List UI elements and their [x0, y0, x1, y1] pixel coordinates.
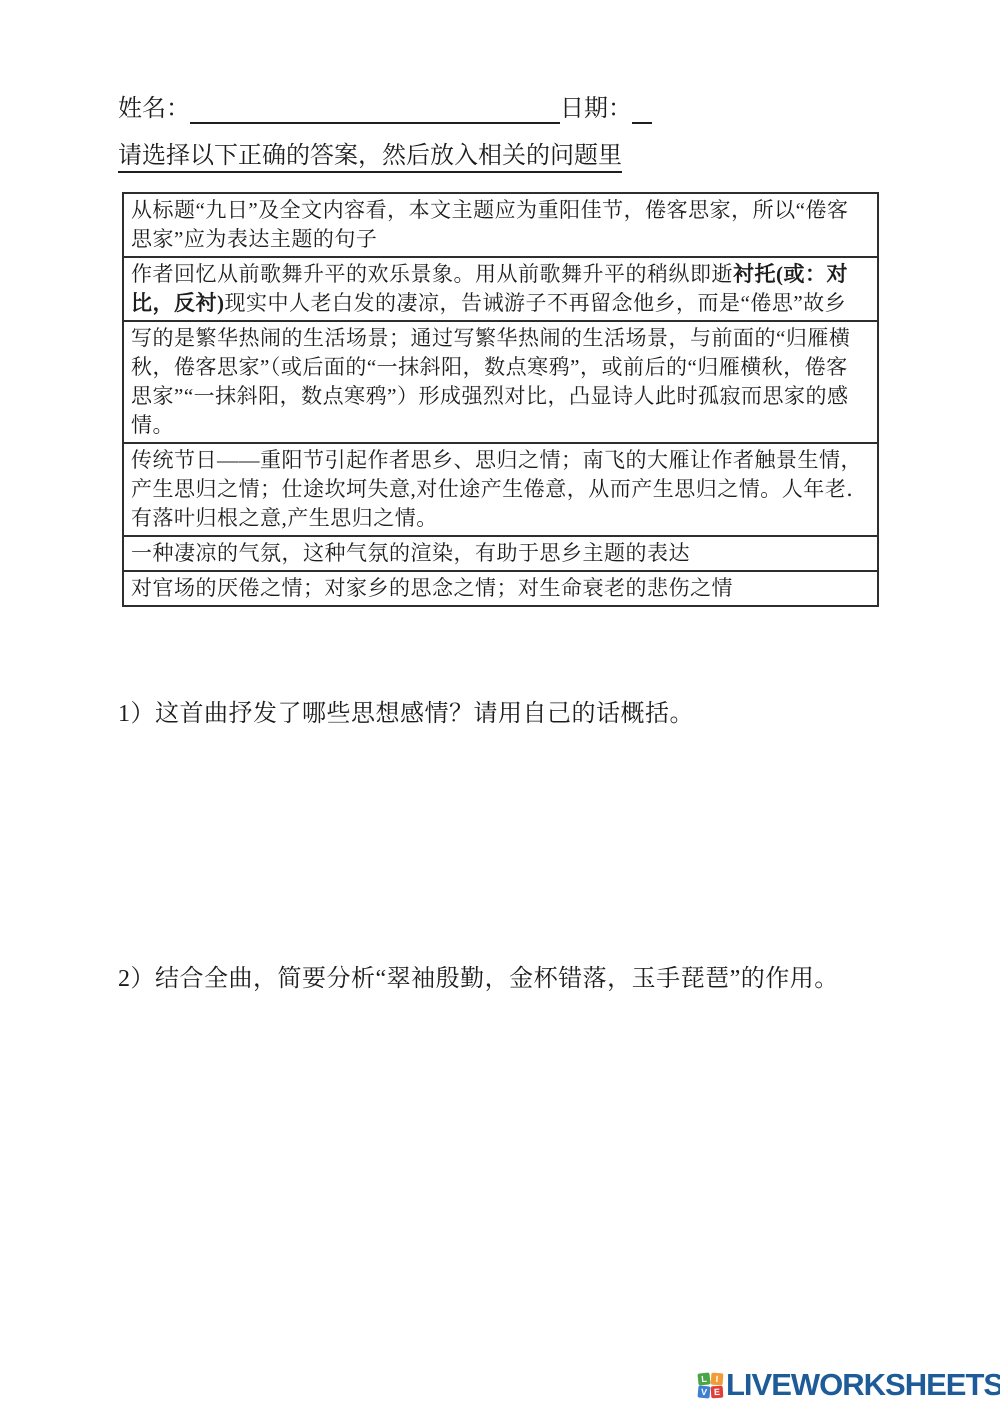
table-row: 作者回忆从前歌舞升平的欢乐景象。用从前歌舞升平的稍纵即逝衬托(或：对比，反衬)现… — [123, 257, 878, 321]
logo-tile-l: L — [697, 1372, 710, 1385]
date-blank-line[interactable] — [632, 96, 652, 124]
logo-tile-i: I — [711, 1372, 724, 1385]
question-2-text: 2）结合全曲，简要分析“翠袖殷勤，金杯错落，玉手琵琶”的作用。 — [118, 964, 839, 994]
instruction: 请选择以下正确的答案，然后放入相关的问题里 — [118, 140, 622, 172]
logo-tiles-icon: L I V E — [698, 1373, 723, 1398]
answer-option-1[interactable]: 从标题“九日”及全文内容看，本文主题应为重阳佳节，倦客思家，所以“倦客思家”应为… — [123, 193, 878, 257]
worksheet-page: 姓名： 日期： 请选择以下正确的答案，然后放入相关的问题里 从标题“九日”及全文… — [0, 0, 1000, 1413]
name-blank-line[interactable] — [190, 96, 560, 124]
answer-option-text: 对官场的厌倦之情；对家乡的思念之情；对生命衰老的悲伤之情 — [131, 576, 733, 600]
answer-option-text: 作者回忆从前歌舞升平的欢乐景象。用从前歌舞升平的稍纵即逝 — [131, 262, 733, 286]
table-row: 写的是繁华热闹的生活场景；通过写繁华热闹的生活场景，与前面的“归雁横秋，倦客思家… — [123, 321, 878, 443]
table-row: 一种凄凉的气氛，这种气氛的渲染，有助于思乡主题的表达 — [123, 536, 878, 571]
answer-option-text: 从标题“九日”及全文内容看，本文主题应为重阳佳节，倦客思家，所以“倦客思家”应为… — [131, 198, 848, 251]
date-label: 日期： — [560, 94, 632, 124]
answer-option-3[interactable]: 写的是繁华热闹的生活场景；通过写繁华热闹的生活场景，与前面的“归雁横秋，倦客思家… — [123, 321, 878, 443]
answer-area-1[interactable] — [118, 740, 880, 950]
table-row: 对官场的厌倦之情；对家乡的思念之情；对生命衰老的悲伤之情 — [123, 571, 878, 606]
answer-option-text: 现实中人老白发的凄凉，告诫游子不再留念他乡，而是“倦思”故乡 — [225, 291, 847, 315]
answer-option-6[interactable]: 对官场的厌倦之情；对家乡的思念之情；对生命衰老的悲伤之情 — [123, 571, 878, 606]
logo-tile-v: V — [697, 1385, 710, 1398]
question-1-text: 1）这首曲抒发了哪些思想感情？请用自己的话概括。 — [118, 699, 694, 729]
logo-tile-e: E — [711, 1385, 724, 1398]
answer-bank-table: 从标题“九日”及全文内容看，本文主题应为重阳佳节，倦客思家，所以“倦客思家”应为… — [122, 192, 879, 607]
instruction-text: 请选择以下正确的答案，然后放入相关的问题里 — [118, 143, 622, 173]
answer-option-text: 一种凄凉的气氛，这种气氛的渲染，有助于思乡主题的表达 — [131, 541, 690, 565]
answer-option-5[interactable]: 一种凄凉的气氛，这种气氛的渲染，有助于思乡主题的表达 — [123, 536, 878, 571]
answer-option-2[interactable]: 作者回忆从前歌舞升平的欢乐景象。用从前歌舞升平的稍纵即逝衬托(或：对比，反衬)现… — [123, 257, 878, 321]
header-row: 姓名： 日期： — [118, 94, 880, 124]
answer-option-text: 写的是繁华热闹的生活场景；通过写繁华热闹的生活场景，与前面的“归雁横秋，倦客思家… — [131, 326, 850, 437]
table-row: 从标题“九日”及全文内容看，本文主题应为重阳佳节，倦客思家，所以“倦客思家”应为… — [123, 193, 878, 257]
table-row: 传统节日——重阳节引起作者思乡、思归之情；南飞的大雁让作者触景生情，产生思归之情… — [123, 443, 878, 536]
answer-option-4[interactable]: 传统节日——重阳节引起作者思乡、思归之情；南飞的大雁让作者触景生情，产生思归之情… — [123, 443, 878, 536]
name-label: 姓名： — [118, 94, 190, 124]
logo-wordmark: LIVEWORKSHEETS — [726, 1367, 1000, 1403]
answer-option-text: 传统节日——重阳节引起作者思乡、思归之情；南飞的大雁让作者触景生情，产生思归之情… — [131, 448, 868, 530]
liveworksheets-logo[interactable]: L I V E LIVEWORKSHEETS — [698, 1367, 1000, 1403]
answer-area-2[interactable] — [118, 1008, 880, 1348]
